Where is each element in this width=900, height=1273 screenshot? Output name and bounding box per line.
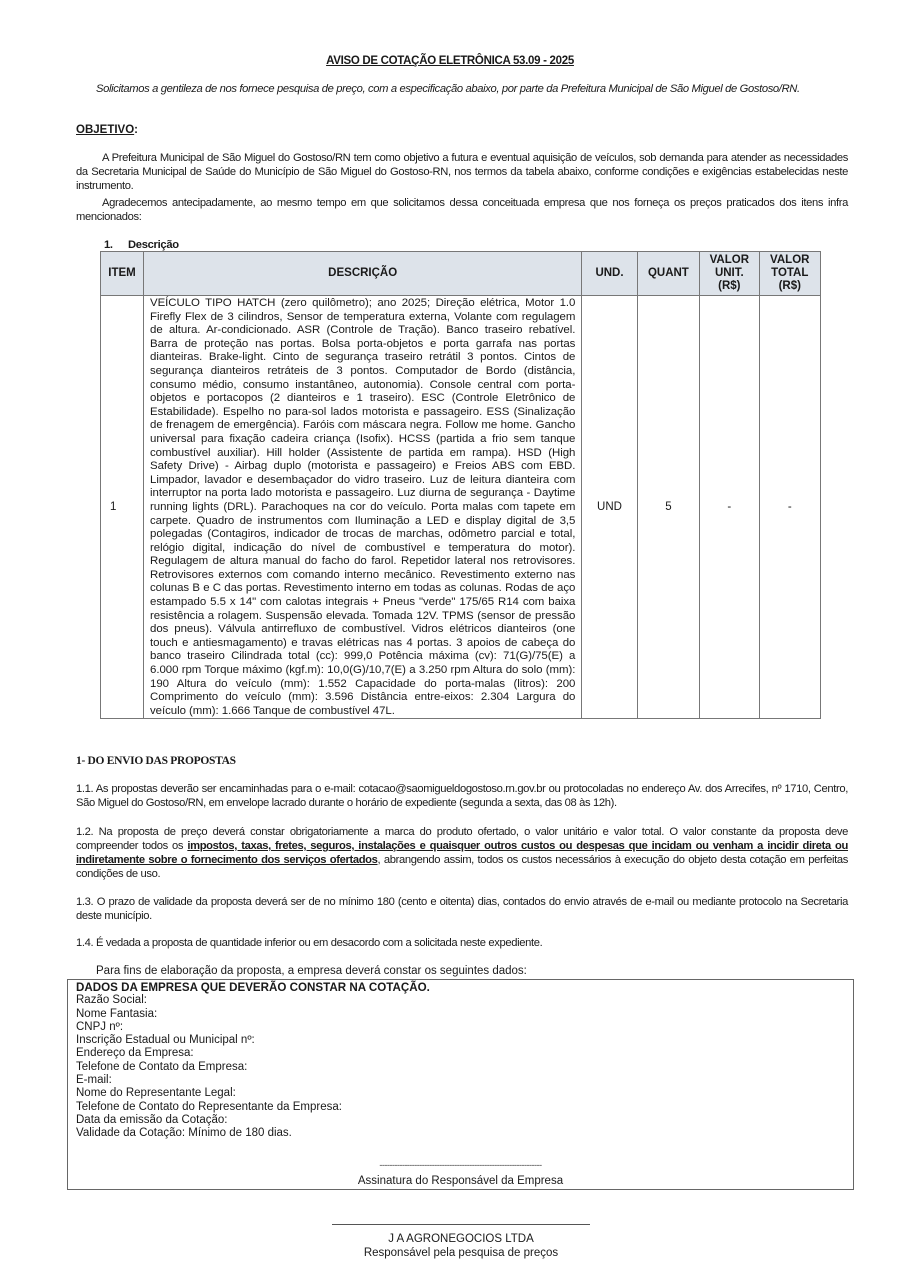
description-section-heading: 1.Descrição xyxy=(104,239,179,251)
table-row: 1 VEÍCULO TIPO HATCH (zero quilômetro); … xyxy=(101,296,821,719)
intro-paragraph: Solicitamos a gentileza de nos fornece p… xyxy=(76,82,848,96)
responsible-role: Responsável pela pesquisa de preços xyxy=(0,1247,900,1259)
table-header-row: ITEM DESCRIÇÃO UND. QUANT VALORUNIT.(R$)… xyxy=(101,252,821,296)
cell-quant: 5 xyxy=(637,296,699,719)
field-validade: Validade da Cotação: Mínimo de 180 dias. xyxy=(76,1127,430,1140)
objetivo-heading: OBJETIVO: xyxy=(76,124,138,136)
field-telefone-representante: Telefone de Contato do Representante da … xyxy=(76,1101,430,1114)
field-data-emissao: Data da emissão da Cotação: xyxy=(76,1114,430,1127)
objetivo-colon: : xyxy=(134,124,138,136)
cell-descricao: VEÍCULO TIPO HATCH (zero quilômetro); an… xyxy=(144,296,582,719)
header-valor-total-line-1: VALOR xyxy=(770,254,809,266)
cell-valor-unit: - xyxy=(700,296,759,719)
items-table: ITEM DESCRIÇÃO UND. QUANT VALORUNIT.(R$)… xyxy=(100,251,821,719)
company-data-intro: Para fins de elaboração da proposta, a e… xyxy=(96,965,527,977)
field-cnpj: CNPJ nº: xyxy=(76,1021,430,1034)
header-valor-unit-line-3: (R$) xyxy=(718,280,740,292)
field-representante: Nome do Representante Legal: xyxy=(76,1087,430,1100)
header-descricao: DESCRIÇÃO xyxy=(144,252,582,296)
field-razao-social: Razão Social: xyxy=(76,994,430,1007)
signature-label: Assinatura do Responsável da Empresa xyxy=(68,1175,853,1187)
header-quant: QUANT xyxy=(637,252,699,296)
clause-1-3: 1.3. O prazo de validade da proposta dev… xyxy=(76,895,848,923)
company-box-title: DADOS DA EMPRESA QUE DEVERÃO CONSTAR NA … xyxy=(76,981,430,994)
cell-valor-total: - xyxy=(759,296,820,719)
clause-1-2: 1.2. Na proposta de preço deverá constar… xyxy=(76,825,848,881)
proposals-heading: 1- DO ENVIO DAS PROPOSTAS xyxy=(76,755,236,767)
field-endereco: Endereço da Empresa: xyxy=(76,1047,430,1060)
field-telefone-empresa: Telefone de Contato da Empresa: xyxy=(76,1061,430,1074)
clause-1-4: 1.4. É vedada a proposta de quantidade i… xyxy=(76,936,848,950)
field-email: E-mail: xyxy=(76,1074,430,1087)
field-inscricao: Inscrição Estadual ou Municipal nº: xyxy=(76,1034,430,1047)
signature-line: ----------------------------------------… xyxy=(68,1160,853,1170)
section-number: 1. xyxy=(104,239,128,251)
company-data-box: DADOS DA EMPRESA QUE DEVERÃO CONSTAR NA … xyxy=(67,979,854,1190)
cell-und: UND xyxy=(582,296,637,719)
cell-item: 1 xyxy=(101,296,144,719)
header-valor-total-line-2: TOTAL xyxy=(771,267,808,279)
responsible-name: J A AGRONEGOCIOS LTDA xyxy=(0,1233,900,1245)
header-valor-unit-line-1: VALOR xyxy=(710,254,749,266)
objetivo-paragraph-2: Agradecemos antecipadamente, ao mesmo te… xyxy=(76,196,848,224)
document-title: AVISO DE COTAÇÃO ELETRÔNICA 53.09 - 2025 xyxy=(0,55,900,67)
objetivo-label: OBJETIVO xyxy=(76,124,134,136)
header-valor-total-line-3: (R$) xyxy=(779,280,801,292)
header-valor-unit: VALORUNIT.(R$) xyxy=(700,252,759,296)
responsible-signature-line xyxy=(332,1224,590,1225)
clause-1-1: 1.1. As propostas deverão ser encaminhad… xyxy=(76,782,848,810)
header-valor-total: VALORTOTAL(R$) xyxy=(759,252,820,296)
document-page: AVISO DE COTAÇÃO ELETRÔNICA 53.09 - 2025… xyxy=(0,0,900,1273)
field-nome-fantasia: Nome Fantasia: xyxy=(76,1008,430,1021)
header-und: UND. xyxy=(582,252,637,296)
header-item: ITEM xyxy=(101,252,144,296)
objetivo-paragraph-1: A Prefeitura Municipal de São Miguel do … xyxy=(76,151,848,193)
section-label: Descrição xyxy=(128,239,179,251)
header-valor-unit-line-2: UNIT. xyxy=(715,267,744,279)
